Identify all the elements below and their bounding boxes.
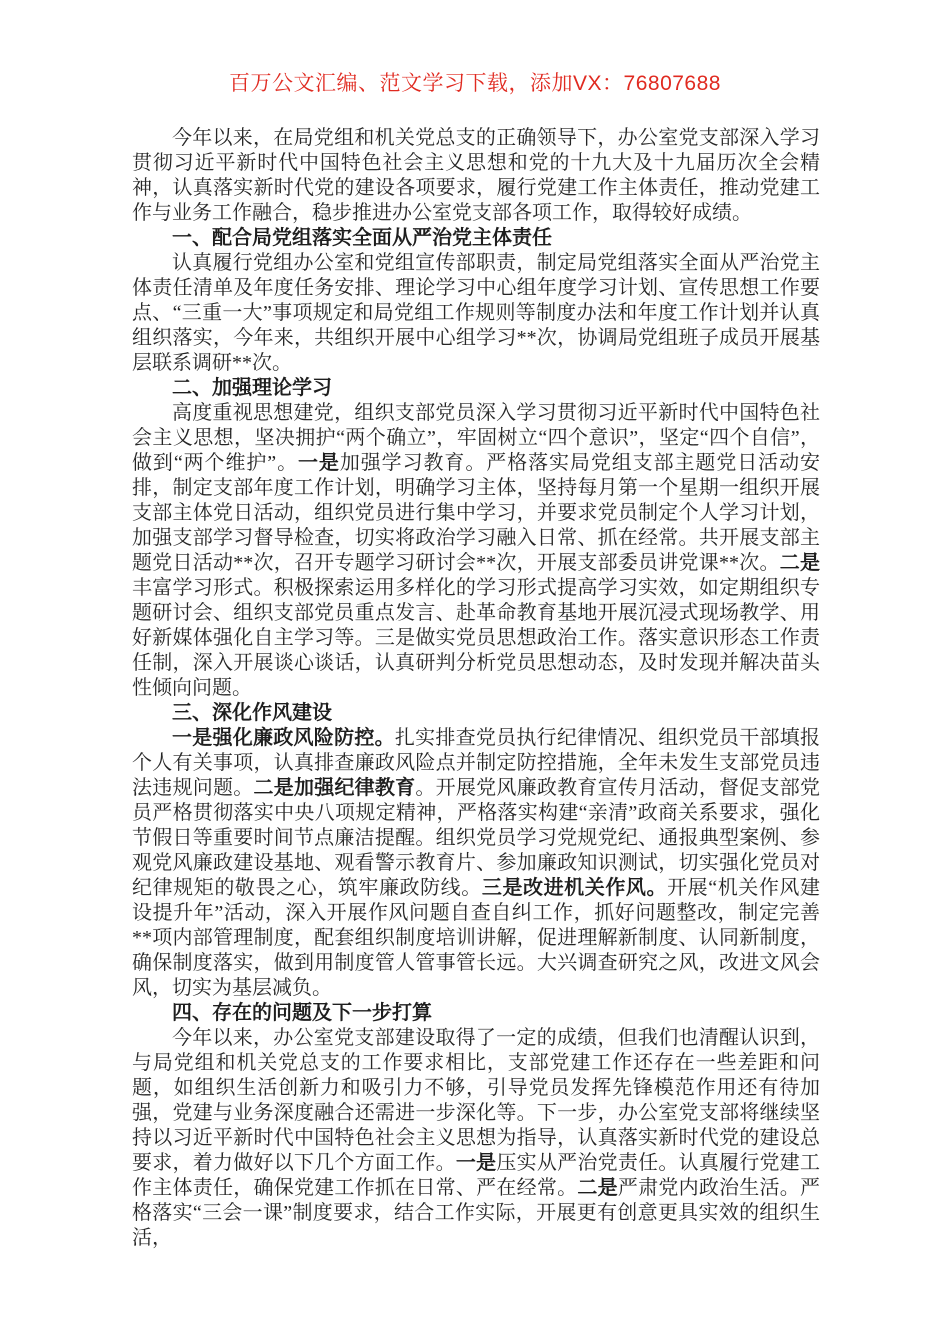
text-run: 认真履行党组办公室和党组宣传部职责，制定局党组落实全面从严治党主体责任清单及年度… (132, 252, 820, 374)
text-run: 丰富学习形式。积极探索运用多样化的学习形式提高学习实效，如定期组织专题研讨会、组… (132, 577, 820, 699)
emphasis-text: 三是改进机关作风。 (482, 877, 667, 899)
section-heading: 一、配合局党组落实全面从严治党主体责任 (132, 226, 820, 251)
text-run: 二、加强理论学习 (172, 377, 332, 399)
text-run: 三、深化作风建设 (172, 702, 332, 724)
header-notice: 百万公文汇编、范文学习下载，添加VX：76807688 (0, 71, 950, 97)
emphasis-text: 二是加强纪律教育 (253, 777, 415, 799)
emphasis-text: 二是 (577, 1177, 618, 1199)
body-paragraph: 认真履行党组办公室和党组宣传部职责，制定局党组落实全面从严治党主体责任清单及年度… (132, 251, 820, 376)
emphasis-text: 一是 (298, 452, 340, 474)
document-body: 今年以来，在局党组和机关党总支的正确领导下，办公室党支部深入学习贯彻习近平新时代… (132, 126, 820, 1251)
document-page: 百万公文汇编、范文学习下载，添加VX：76807688 今年以来，在局党组和机关… (0, 0, 950, 1344)
body-paragraph: 今年以来，办公室党支部建设取得了一定的成绩，但我们也清醒认识到，与局党组和机关党… (132, 1026, 820, 1251)
text-run: 今年以来，在局党组和机关党总支的正确领导下，办公室党支部深入学习贯彻习近平新时代… (132, 127, 820, 224)
text-run: 四、存在的问题及下一步打算 (172, 1002, 432, 1024)
emphasis-text: 一是 (456, 1152, 497, 1174)
emphasis-text: 一是强化廉政风险防控。 (172, 727, 395, 749)
body-paragraph: 一是强化廉政风险防控。扎实排查党员执行纪律情况、组织党员干部填报个人有关事项，认… (132, 726, 820, 1001)
section-heading: 四、存在的问题及下一步打算 (132, 1001, 820, 1026)
body-paragraph: 高度重视思想建党，组织支部党员深入学习贯彻习近平新时代中国特色社会主义思想，坚决… (132, 401, 820, 701)
section-heading: 三、深化作风建设 (132, 701, 820, 726)
body-paragraph: 今年以来，在局党组和机关党总支的正确领导下，办公室党支部深入学习贯彻习近平新时代… (132, 126, 820, 226)
section-heading: 二、加强理论学习 (132, 376, 820, 401)
text-run: 一、配合局党组落实全面从严治党主体责任 (172, 227, 552, 249)
emphasis-text: 二是 (780, 552, 820, 574)
